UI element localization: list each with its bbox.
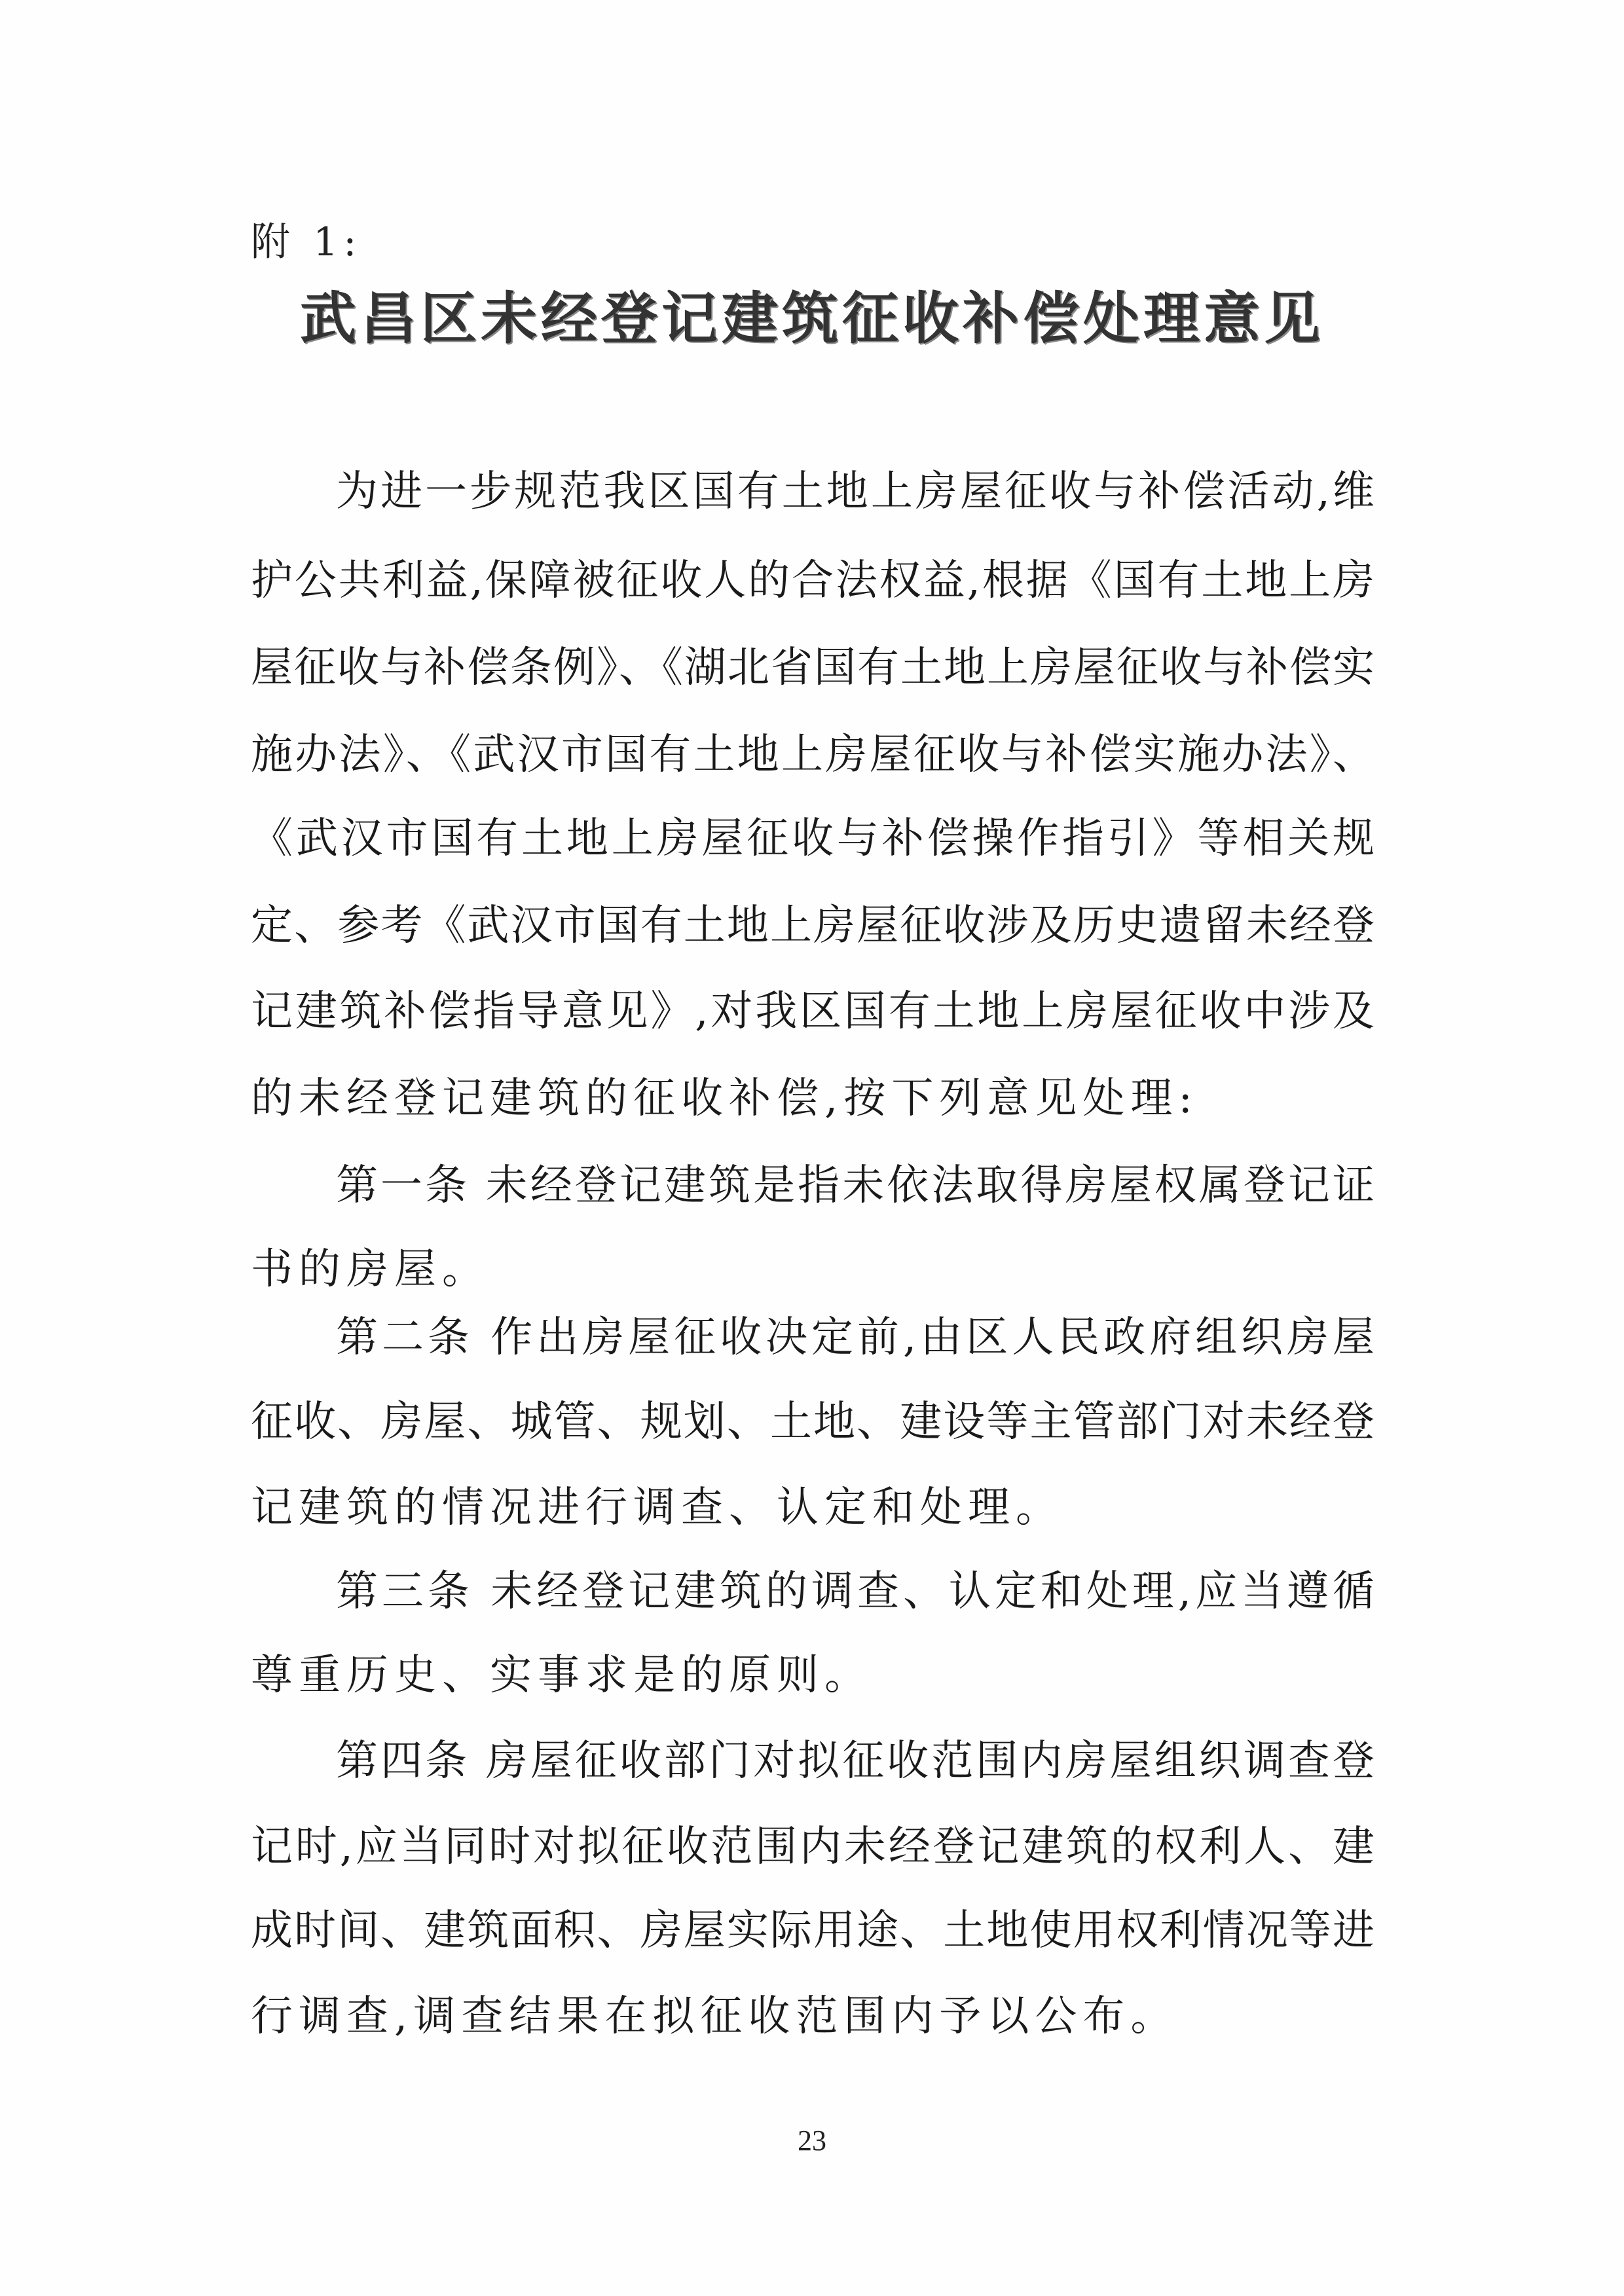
document-title: 武昌区未经登记建筑征收补偿处理意见 [288,283,1336,355]
body-line: 的未经登记建筑的征收补偿,按下列意见处理: [251,1066,1375,1131]
article-3-line: 第三条 未经登记建筑的调查、认定和处理,应当遵循 [336,1559,1375,1624]
body-line: 护公共利益,保障被征收人的合法权益,根据《国有土地上房 [251,548,1375,613]
body-line: 为进一步规范我区国有土地上房屋征收与补偿活动,维 [336,459,1375,524]
attachment-label: 附 1: [251,216,361,268]
body-line: 书的房屋。 [251,1237,1375,1302]
body-line: 施办法》、《武汉市国有土地上房屋征收与补偿实施办法》、 [251,722,1375,788]
body-line: 定、参考《武汉市国有土地上房屋征收涉及历史遗留未经登 [251,893,1375,958]
body-line: 记建筑的情况进行调查、认定和处理。 [251,1475,1375,1540]
body-line: 成时间、建筑面积、房屋实际用途、土地使用权利情况等进 [251,1898,1375,1963]
body-line: 尊重历史、实事求是的原则。 [251,1643,1375,1708]
body-line: 《武汉市国有土地上房屋征收与补偿操作指引》等相关规 [251,806,1375,871]
body-line: 记时,应当同时对拟征收范围内未经登记建筑的权利人、建 [251,1814,1375,1880]
article-2-line: 第二条 作出房屋征收决定前,由区人民政府组织房屋 [336,1305,1375,1370]
body-line: 行调查,调查结果在拟征收范围内予以公布。 [251,1984,1375,2049]
article-4-line: 第四条 房屋征收部门对拟征收范围内房屋组织调查登 [336,1728,1375,1794]
article-1-line: 第一条 未经登记建筑是指未依法取得房屋权属登记证 [336,1153,1375,1218]
page-number: 23 [747,2121,877,2160]
document-page: 附 1: 武昌区未经登记建筑征收补偿处理意见 为进一步规范我区国有土地上房屋征收… [0,0,1624,2296]
body-line: 屋征收与补偿条例》、《湖北省国有土地上房屋征收与补偿实 [251,635,1375,701]
body-line: 征收、房屋、城管、规划、土地、建设等主管部门对未经登 [251,1389,1375,1455]
body-line: 记建筑补偿指导意见》,对我区国有土地上房屋征收中涉及 [251,979,1375,1044]
